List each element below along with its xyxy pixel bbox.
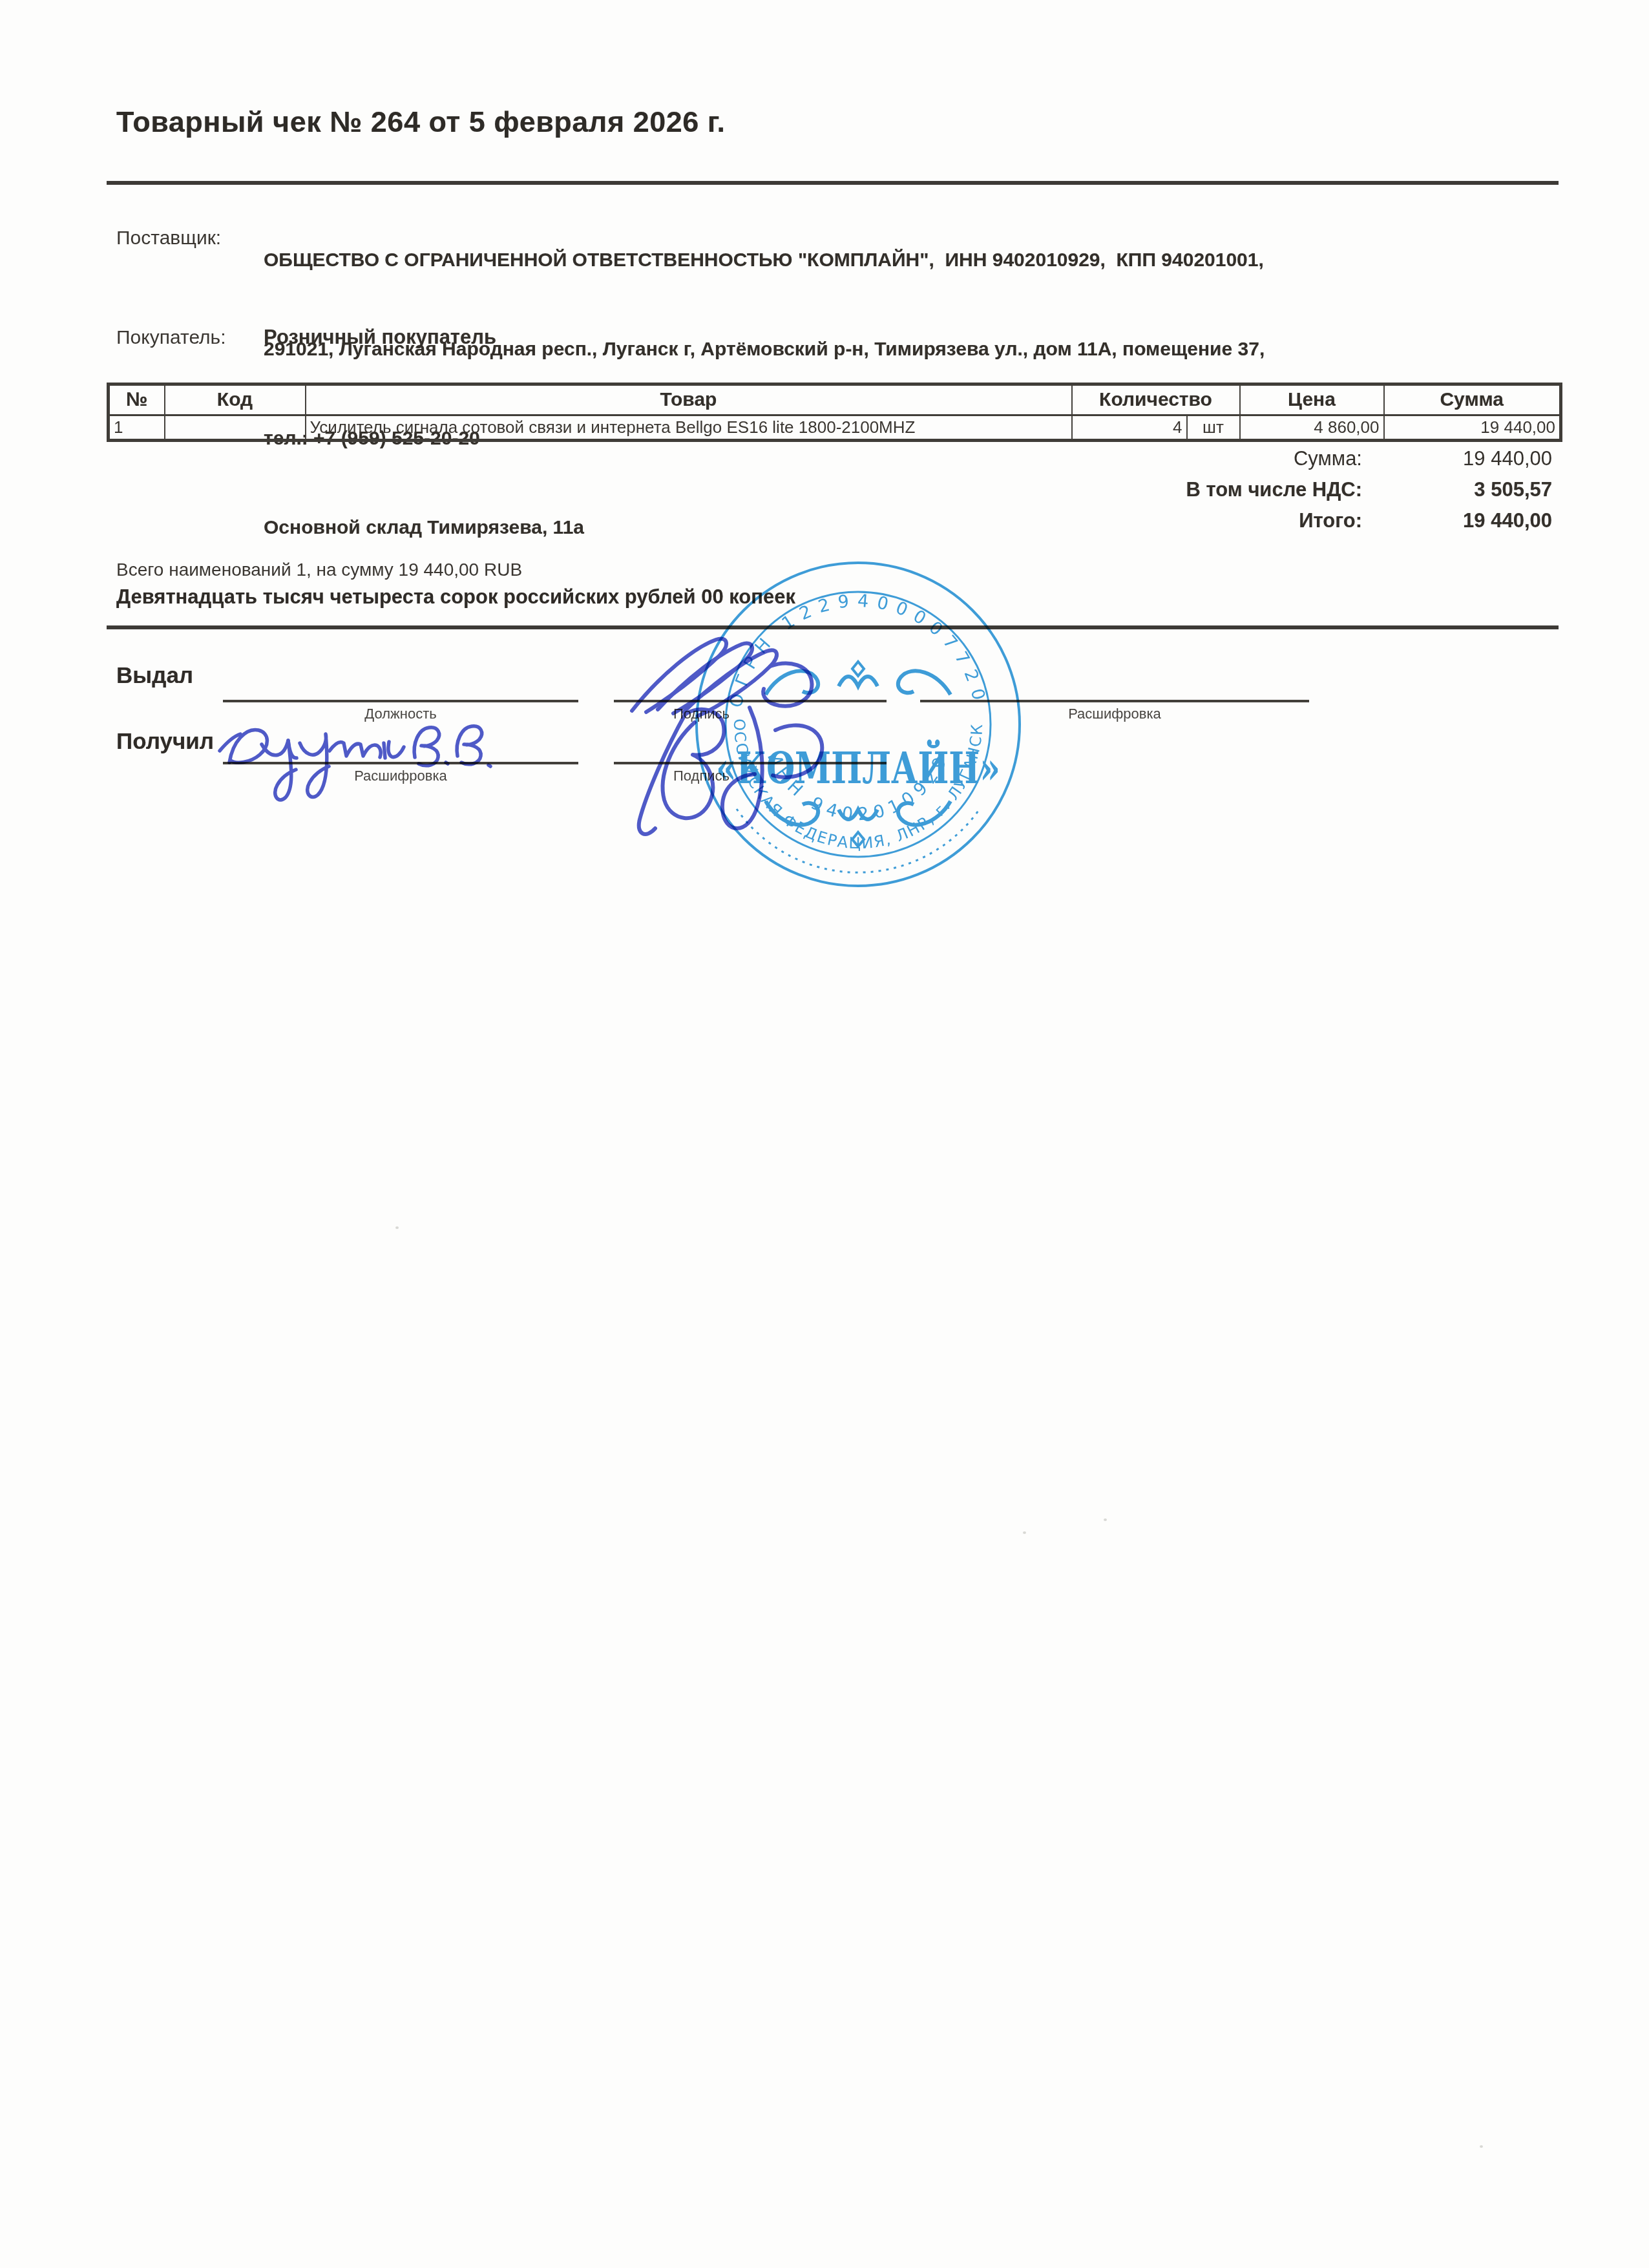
sum-label: Сумма: [1294,447,1362,470]
cell-num: 1 [109,415,165,441]
sum-value: 19 440,00 [1463,447,1552,470]
title-divider [107,181,1559,185]
scan-speck [1023,1531,1026,1534]
supplier-label: Поставщик: [116,227,221,249]
scanned-receipt-page: Товарный чек № 264 от 5 февраля 2026 г. … [0,0,1649,2268]
items-table: № Код Товар Количество Цена Сумма 1 Усил… [107,383,1562,442]
totals-sum-row: Сумма: 19 440,00 [0,447,1649,472]
issued-signature [632,639,812,716]
total-value: 19 440,00 [1463,509,1552,532]
totals-vat-row: В том числе НДС: 3 505,57 [0,478,1649,503]
page-title: Товарный чек № 264 от 5 февраля 2026 г. [116,105,726,139]
table-row: 1 Усилитель сигнала сотовой связи и инте… [109,415,1561,441]
items-table-header-row: № Код Товар Количество Цена Сумма [109,384,1561,415]
handwritten-ink-layer: Дудник В.В. [213,607,1079,1060]
col-header-qty: Количество [1072,384,1240,415]
received-by-label: Получил [116,729,214,755]
vat-label: В том числе НДС: [1186,478,1362,501]
vat-value: 3 505,57 [1474,478,1552,501]
issued-by-label: Выдал [116,663,193,689]
cell-product: Усилитель сигнала сотовой связи и интерн… [306,415,1072,441]
cell-qty: 4 [1072,415,1187,441]
received-signature [639,708,823,834]
col-header-num: № [109,384,165,415]
col-header-product: Товар [306,384,1072,415]
cell-sum: 19 440,00 [1384,415,1561,441]
buyer-value: Розничный покупатель [264,326,496,349]
buyer-label: Покупатель: [116,327,226,349]
col-header-sum: Сумма [1384,384,1561,415]
col-header-code: Код [165,384,306,415]
scan-speck [1104,1518,1107,1521]
supplier-name-line: ОБЩЕСТВО С ОГРАНИЧЕННОЙ ОТВЕТСТВЕННОСТЬЮ… [264,246,1530,275]
total-label: Итого: [1299,509,1362,532]
totals-total-row: Итого: 19 440,00 [0,509,1649,534]
scan-speck [1480,2145,1483,2148]
cell-code [165,415,306,441]
cell-price: 4 860,00 [1240,415,1384,441]
cell-unit: шт [1187,415,1240,441]
received-name-handwriting [220,726,490,800]
col-header-price: Цена [1240,384,1384,415]
items-count-line: Всего наименований 1, на сумму 19 440,00… [116,560,522,580]
scan-speck [395,1226,399,1229]
